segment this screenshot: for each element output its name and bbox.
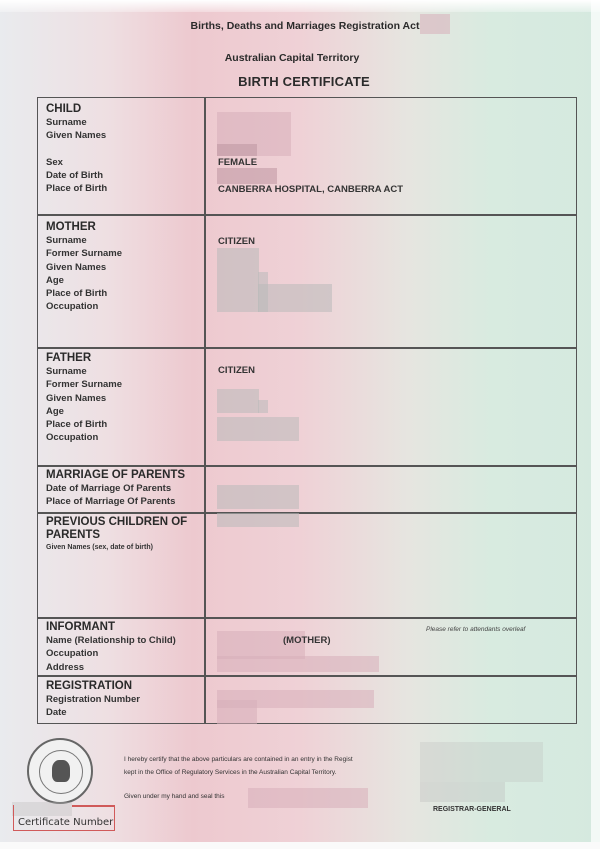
mother-section: MOTHER Surname Former Surname Given Name… [46,221,122,314]
informant-relationship-value: (MOTHER) [283,635,331,646]
row-divider [37,675,577,677]
father-surname-label: Surname [46,365,122,378]
registration-date-label: Date [46,706,140,719]
coat-of-arms-icon [52,760,70,782]
mother-given-names-label: Given Names [46,261,122,274]
act-heading: Births, Deaths and Marriages Registratio… [0,20,600,32]
certificate-title: BIRTH CERTIFICATE [4,74,600,89]
father-given-names-label: Given Names [46,392,122,405]
child-sex-label: Sex [46,156,107,169]
certify-statement-line2: kept in the Office of Regulatory Service… [124,769,336,776]
child-section: CHILD Surname Given Names Sex Date of Bi… [46,103,107,195]
redacted-block [217,513,299,527]
father-former-surname-label: Former Surname [46,378,122,391]
row-divider [37,214,577,216]
registration-heading: REGISTRATION [46,680,140,693]
certify-statement-line1: I hereby certify that the above particul… [124,756,353,763]
child-surname-label: Surname [46,116,107,129]
redacted-registration-date [217,700,257,724]
father-age-label: Age [46,405,122,418]
father-pob-label: Place of Birth [46,418,122,431]
registration-number-label: Registration Number [46,693,140,706]
informant-heading: INFORMANT [46,621,176,634]
attendants-note: Please refer to attendants overleaf [426,626,525,633]
mother-surname-value: CITIZEN [218,236,255,247]
redacted-block [258,284,300,312]
child-heading: CHILD [46,103,107,116]
mother-occupation-label: Occupation [46,300,122,313]
mother-heading: MOTHER [46,221,122,234]
row-divider [37,347,577,349]
redacted-mother-details [217,248,259,312]
previous-children-sublabel: Given Names (sex, date of birth) [46,542,187,554]
marriage-place-label: Place of Marriage Of Parents [46,495,185,508]
mother-former-surname-label: Former Surname [46,247,122,260]
redacted-informant-address [217,656,379,672]
redacted-date-given [248,788,368,808]
redacted-block [420,14,450,34]
previous-children-heading-1: PREVIOUS CHILDREN OF [46,516,187,529]
registration-section: REGISTRATION Registration Number Date [46,680,140,720]
previous-children-heading-2: PARENTS [46,529,187,542]
mother-pob-label: Place of Birth [46,287,122,300]
previous-children-section: PREVIOUS CHILDREN OF PARENTS Given Names… [46,516,187,554]
registrar-general-label: REGISTRAR-GENERAL [433,806,511,813]
redacted-block [300,284,332,312]
redacted-signature [420,742,543,782]
marriage-section: MARRIAGE OF PARENTS Date of Marriage Of … [46,469,185,509]
informant-occupation-label: Occupation [46,647,176,660]
father-occupation-label: Occupation [46,431,122,444]
page-bottom-edge [0,842,600,849]
row-divider [37,512,577,514]
page-right-edge [591,0,600,849]
row-divider [37,617,577,619]
father-heading: FATHER [46,352,122,365]
redacted-child-dob [217,168,277,184]
mother-surname-label: Surname [46,234,122,247]
redacted-block [258,400,268,413]
child-pob-label: Place of Birth [46,182,107,195]
territory-heading: Australian Capital Territory [0,52,592,64]
child-pob-value: CANBERRA HOSPITAL, CANBERRA ACT [218,184,403,195]
redacted-signature [420,782,505,802]
redacted-marriage-details [217,485,299,509]
informant-address-label: Address [46,661,176,674]
redacted-block [217,144,257,156]
column-divider [204,97,206,724]
marriage-heading: MARRIAGE OF PARENTS [46,469,185,482]
informant-name-label: Name (Relationship to Child) [46,634,176,647]
marriage-date-label: Date of Marriage Of Parents [46,482,185,495]
redacted-block [217,417,299,441]
row-divider [37,465,577,467]
father-surname-value: CITIZEN [218,365,255,376]
page-top-edge [0,0,600,12]
redacted-father-details [217,389,259,413]
child-given-names-label: Given Names [46,129,107,142]
given-under-seal-text: Given under my hand and seal this [124,793,224,800]
informant-section: INFORMANT Name (Relationship to Child) O… [46,621,176,674]
certificate-number-label: Certificate Number [18,817,113,828]
father-section: FATHER Surname Former Surname Given Name… [46,352,122,445]
mother-age-label: Age [46,274,122,287]
child-sex-value: FEMALE [218,157,257,168]
official-seal [27,738,93,804]
child-dob-label: Date of Birth [46,169,107,182]
